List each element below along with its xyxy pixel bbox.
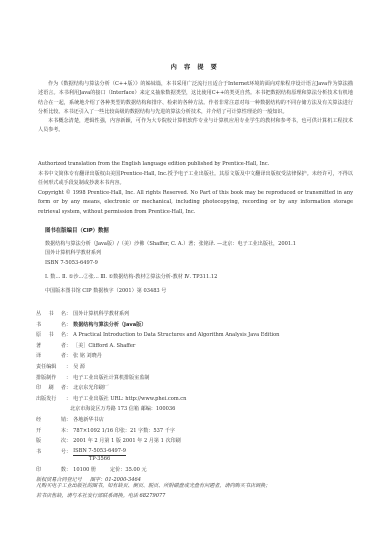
license-copyright: Copyright © 1998 Prentice-Hall, Inc. All… bbox=[38, 189, 353, 218]
colophon-label: 排版制作 bbox=[36, 373, 66, 384]
colophon-value: ［美］Clifford A. Shaffer bbox=[73, 341, 135, 352]
cip-classification-line: Ⅰ. 数… Ⅱ. ①沙…②张… Ⅲ. ①数据结构-教材②算法分析-教材 Ⅳ. T… bbox=[45, 273, 355, 282]
license-authorization: Authorized translation from the English … bbox=[38, 160, 353, 170]
colophon-value: 电子工业出版社 URL: http://www.phei.com.cn bbox=[73, 394, 186, 405]
cip-data: 数据结构与算法分析（Java版）/（美）沙佛（Shaffer, C. A.）著；… bbox=[45, 240, 355, 296]
colophon-value: 张 铭 刘晓丹 bbox=[73, 351, 102, 362]
colophon-row-isbn: 书号：ISBN 7-5053-6497-9TP·3566 bbox=[36, 447, 356, 465]
colophon-row-title: 书名：数据结构与算法分析（Java版） bbox=[36, 320, 356, 331]
colophon-value: 吴 源 bbox=[73, 362, 85, 373]
colophon-value: 北京市海淀区万寿路 173 信箱 邮编：100036 bbox=[70, 404, 175, 415]
license-chinese-rights: 本书中文简体专有翻译出版权由美国Prentice-Hall, Inc.授予电子工… bbox=[38, 170, 353, 189]
note-line-1: 凡购买电子工业出版社的图书，如有缺页、倒页、脱页、所附磁盘或光盘有问题者，请向购… bbox=[36, 481, 366, 491]
colophon-row-format: 开本：787×1092 1/16 印张：21 字数：537 千字 bbox=[36, 426, 356, 437]
colophon-label: 经销 bbox=[36, 415, 66, 426]
colophon-row-publisher: 出版发行：电子工业出版社 URL: http://www.phei.com.cn bbox=[36, 394, 356, 405]
colophon-label: 原书名 bbox=[36, 330, 66, 341]
colophon-label: 译者 bbox=[36, 351, 66, 362]
cip-heading: 图书在版编目（CIP）数据 bbox=[45, 226, 109, 234]
colophon-value: 787×1092 1/16 印张：21 字数：537 千字 bbox=[73, 426, 175, 437]
colophon-value: 国外计算机科学教材系列 bbox=[73, 309, 129, 320]
colophon: 丛书名：国外计算机科学教材系列 书名：数据结构与算法分析（Java版） 原书名：… bbox=[36, 309, 356, 486]
colophon-value: A Practical Introduction to Data Structu… bbox=[73, 330, 279, 341]
colophon-label: 书号 bbox=[36, 447, 66, 465]
colophon-value: 数据结构与算法分析（Java版） bbox=[73, 320, 146, 331]
cip-series-line: 国外计算机科学教材系列 bbox=[45, 249, 355, 258]
cip-record-number: 中国版本图书馆 CIP 数据核字（2001）第 03483 号 bbox=[45, 287, 355, 296]
cip-title-line: 数据结构与算法分析（Java版）/（美）沙佛（Shaffer, C. A.）著；… bbox=[45, 240, 355, 249]
return-policy-note: 凡购买电子工业出版社的图书，如有缺页、倒页、脱页、所附磁盘或光盘有问题者，请向购… bbox=[36, 481, 366, 501]
colophon-label: 开本 bbox=[36, 426, 66, 437]
colophon-label: 责任编辑 bbox=[36, 362, 66, 373]
page-title: 内 容 提 要 bbox=[0, 62, 390, 71]
colophon-value: 北京东光印刷厂 bbox=[73, 383, 109, 394]
colophon-row-typesetting: 排版制作：电子工业出版社计算机排版室监制 bbox=[36, 373, 356, 384]
colophon-value: 电子工业出版社计算机排版室监制 bbox=[73, 373, 149, 384]
license-section: Authorized translation from the English … bbox=[38, 160, 353, 218]
colophon-label: 印刷者 bbox=[36, 383, 66, 394]
cip-isbn-line: ISBN 7-5053-6497-9 bbox=[45, 259, 355, 268]
price-label: 定价： bbox=[110, 465, 125, 476]
colophon-row-address: 北京市海淀区万寿路 173 信箱 邮编：100036 bbox=[36, 404, 356, 415]
colophon-row-translator: 译者：张 铭 刘晓丹 bbox=[36, 351, 356, 362]
colophon-row-author: 著者：［美］Clifford A. Shaffer bbox=[36, 341, 356, 352]
colophon-row-original-title: 原书名：A Practical Introduction to Data Str… bbox=[36, 330, 356, 341]
isbn-fraction: ISBN 7-5053-6497-9TP·3566 bbox=[73, 448, 126, 465]
colophon-row-printer: 印刷者：北京东光印刷厂 bbox=[36, 383, 356, 394]
colophon-label: 书名 bbox=[36, 320, 66, 331]
document-page: 内 容 提 要 作为《数据结构与算法分析（C++版）》的姊妹篇，本书采用广泛流行… bbox=[0, 0, 390, 546]
colophon-row-distributor: 经销：各地新华书店 bbox=[36, 415, 356, 426]
colophon-label: 出版发行 bbox=[36, 394, 66, 405]
colophon-row-edition: 版次：2001 年 2 月第 1 版 2001 年 2 月第 1 次印刷 bbox=[36, 436, 356, 447]
colophon-label: 印数 bbox=[36, 465, 66, 476]
abstract-section: 作为《数据结构与算法分析（C++版）》的姊妹篇，本书采用广泛流行且适合于Inte… bbox=[38, 80, 353, 136]
colophon-row-editor: 责任编辑：吴 源 bbox=[36, 362, 356, 373]
colophon-value: 2001 年 2 月第 1 版 2001 年 2 月第 1 次印刷 bbox=[73, 436, 181, 447]
colophon-label: 版次 bbox=[36, 436, 66, 447]
colophon-label: 著者 bbox=[36, 341, 66, 352]
abstract-paragraph-1: 作为《数据结构与算法分析（C++版）》的姊妹篇，本书采用广泛流行且适合于Inte… bbox=[38, 80, 353, 117]
colophon-label: 丛书名 bbox=[36, 309, 66, 320]
colophon-value: 各地新华书店 bbox=[73, 415, 104, 426]
isbn-number: ISBN 7-5053-6497-9 bbox=[73, 448, 126, 456]
print-run-value: 10100 册 bbox=[73, 465, 96, 476]
note-line-2: 若书店售缺，请与本社发行部联系调换。电话 68279077 bbox=[36, 491, 366, 501]
price-value: 35.00 元 bbox=[125, 465, 146, 476]
colophon-row-series: 丛书名：国外计算机科学教材系列 bbox=[36, 309, 356, 320]
abstract-paragraph-2: 本书概念清楚，逻辑性强，内容新颖，可作为大专院校计算机软件专业与计算机应用专业学… bbox=[38, 117, 353, 136]
colophon-row-print-run: 印数：10100 册定价：35.00 元 bbox=[36, 465, 356, 476]
class-number: TP·3566 bbox=[89, 456, 110, 463]
